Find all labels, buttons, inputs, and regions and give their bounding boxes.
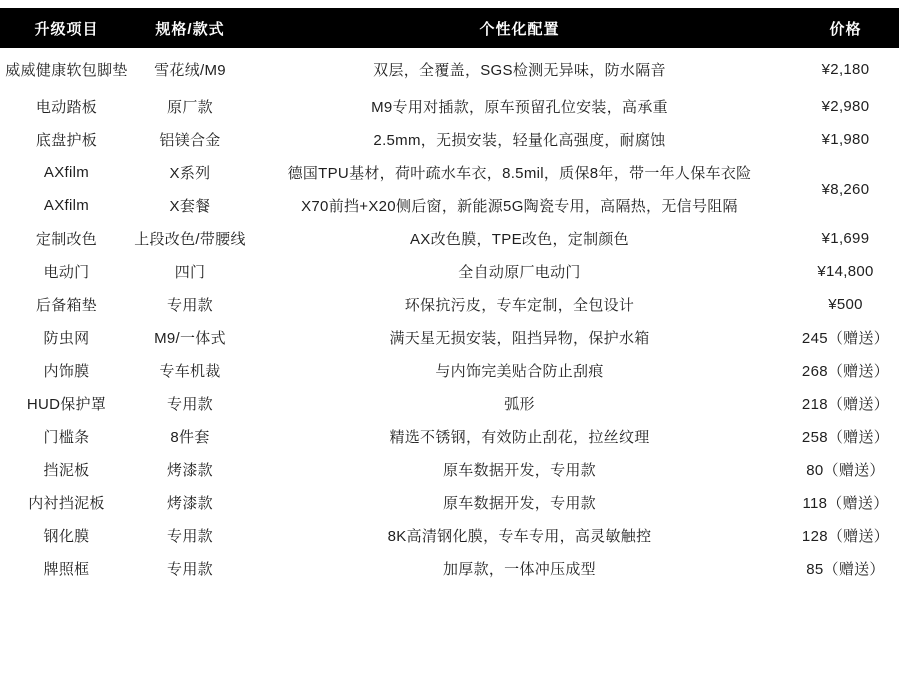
cell-price: 85（赠送） <box>792 552 899 585</box>
cell-item: 定制改色 <box>0 222 133 255</box>
table-body: 威威健康软包脚垫雪花绒/M9双层，全覆盖，SGS检测无异味，防水隔音¥2,180… <box>0 48 899 585</box>
table-row: 底盘护板铝镁合金2.5mm，无损安装，轻量化高强度，耐腐蚀¥1,980 <box>0 123 899 156</box>
cell-config: 弧形 <box>247 387 792 420</box>
cell-price: ¥8,260 <box>792 156 899 222</box>
cell-item: 钢化膜 <box>0 519 133 552</box>
cell-price: 218（赠送） <box>792 387 899 420</box>
table-row: 挡泥板烤漆款原车数据开发，专用款80（赠送） <box>0 453 899 486</box>
table-row: 钢化膜专用款8K高清钢化膜，专车专用，高灵敏触控128（赠送） <box>0 519 899 552</box>
cell-config: 德国TPU基材，荷叶疏水车衣，8.5mil，质保8年，带一年人保车衣险 <box>247 156 792 189</box>
cell-price: 118（赠送） <box>792 486 899 519</box>
cell-spec: 专用款 <box>133 552 247 585</box>
cell-config: 与内饰完美贴合防止刮痕 <box>247 354 792 387</box>
cell-spec: 雪花绒/M9 <box>133 48 247 90</box>
cell-config: 8K高清钢化膜，专车专用，高灵敏触控 <box>247 519 792 552</box>
cell-config: 全自动原厂电动门 <box>247 255 792 288</box>
cell-item: 威威健康软包脚垫 <box>0 48 133 90</box>
cell-spec: 烤漆款 <box>133 486 247 519</box>
table-row: AXfilmX套餐X70前挡+X20侧后窗，新能源5G陶瓷专用，高隔热，无信号阻… <box>0 189 899 222</box>
cell-price: ¥14,800 <box>792 255 899 288</box>
table-row: 内饰膜专车机裁与内饰完美贴合防止刮痕268（赠送） <box>0 354 899 387</box>
cell-price: ¥1,699 <box>792 222 899 255</box>
cell-spec: 烤漆款 <box>133 453 247 486</box>
cell-config: X70前挡+X20侧后窗，新能源5G陶瓷专用，高隔热，无信号阻隔 <box>247 189 792 222</box>
cell-config: 双层，全覆盖，SGS检测无异味，防水隔音 <box>247 48 792 90</box>
cell-item: 电动踏板 <box>0 90 133 123</box>
cell-spec: 专用款 <box>133 519 247 552</box>
table-row: HUD保护罩专用款弧形218（赠送） <box>0 387 899 420</box>
cell-config: 加厚款，一体冲压成型 <box>247 552 792 585</box>
cell-item: 底盘护板 <box>0 123 133 156</box>
header-row: 升级项目 规格/款式 个性化配置 价格 <box>0 8 899 48</box>
cell-config: 原车数据开发，专用款 <box>247 486 792 519</box>
upgrade-price-table: 升级项目 规格/款式 个性化配置 价格 威威健康软包脚垫雪花绒/M9双层，全覆盖… <box>0 8 899 585</box>
table-row: 内衬挡泥板烤漆款原车数据开发，专用款118（赠送） <box>0 486 899 519</box>
cell-config: 2.5mm，无损安装，轻量化高强度，耐腐蚀 <box>247 123 792 156</box>
header-custom-config: 个性化配置 <box>247 8 792 48</box>
cell-spec: 专用款 <box>133 288 247 321</box>
table-row: 门槛条8件套精选不锈钢，有效防止刮花，拉丝纹理258（赠送） <box>0 420 899 453</box>
table-row: 定制改色上段改色/带腰线AX改色膜，TPE改色，定制颜色¥1,699 <box>0 222 899 255</box>
cell-item: 防虫网 <box>0 321 133 354</box>
cell-config: AX改色膜，TPE改色，定制颜色 <box>247 222 792 255</box>
cell-item: 挡泥板 <box>0 453 133 486</box>
table-header: 升级项目 规格/款式 个性化配置 价格 <box>0 8 899 48</box>
cell-spec: M9/一体式 <box>133 321 247 354</box>
table-row: 电动门四门全自动原厂电动门¥14,800 <box>0 255 899 288</box>
table-row: 威威健康软包脚垫雪花绒/M9双层，全覆盖，SGS检测无异味，防水隔音¥2,180 <box>0 48 899 90</box>
header-upgrade-item: 升级项目 <box>0 8 133 48</box>
table-row: 牌照框专用款加厚款，一体冲压成型85（赠送） <box>0 552 899 585</box>
cell-spec: 专用款 <box>133 387 247 420</box>
cell-config: 满天星无损安装，阻挡异物，保护水箱 <box>247 321 792 354</box>
cell-item: HUD保护罩 <box>0 387 133 420</box>
page: 升级项目 规格/款式 个性化配置 价格 威威健康软包脚垫雪花绒/M9双层，全覆盖… <box>0 0 899 585</box>
cell-spec: 上段改色/带腰线 <box>133 222 247 255</box>
table-row: 电动踏板原厂款M9专用对插款，原车预留孔位安装，高承重¥2,980 <box>0 90 899 123</box>
cell-item: 内衬挡泥板 <box>0 486 133 519</box>
cell-config: M9专用对插款，原车预留孔位安装，高承重 <box>247 90 792 123</box>
cell-spec: 四门 <box>133 255 247 288</box>
cell-item: 牌照框 <box>0 552 133 585</box>
header-price: 价格 <box>792 8 899 48</box>
cell-spec: 铝镁合金 <box>133 123 247 156</box>
cell-config: 环保抗污皮，专车定制，全包设计 <box>247 288 792 321</box>
cell-price: ¥1,980 <box>792 123 899 156</box>
cell-config: 精选不锈钢，有效防止刮花，拉丝纹理 <box>247 420 792 453</box>
cell-price: ¥2,180 <box>792 48 899 90</box>
cell-spec: X套餐 <box>133 189 247 222</box>
cell-price: 245（赠送） <box>792 321 899 354</box>
cell-price: 128（赠送） <box>792 519 899 552</box>
cell-spec: 8件套 <box>133 420 247 453</box>
cell-item: 电动门 <box>0 255 133 288</box>
header-spec-style: 规格/款式 <box>133 8 247 48</box>
table-row: 防虫网M9/一体式满天星无损安装，阻挡异物，保护水箱245（赠送） <box>0 321 899 354</box>
table-row: AXfilmX系列德国TPU基材，荷叶疏水车衣，8.5mil，质保8年，带一年人… <box>0 156 899 189</box>
cell-item: 内饰膜 <box>0 354 133 387</box>
cell-spec: 原厂款 <box>133 90 247 123</box>
cell-item: 门槛条 <box>0 420 133 453</box>
cell-item: 后备箱垫 <box>0 288 133 321</box>
cell-price: 268（赠送） <box>792 354 899 387</box>
cell-spec: 专车机裁 <box>133 354 247 387</box>
cell-item: AXfilm <box>0 156 133 189</box>
cell-price: 80（赠送） <box>792 453 899 486</box>
cell-price: ¥2,980 <box>792 90 899 123</box>
table-row: 后备箱垫专用款环保抗污皮，专车定制，全包设计¥500 <box>0 288 899 321</box>
cell-price: 258（赠送） <box>792 420 899 453</box>
cell-price: ¥500 <box>792 288 899 321</box>
cell-item: AXfilm <box>0 189 133 222</box>
cell-spec: X系列 <box>133 156 247 189</box>
cell-config: 原车数据开发，专用款 <box>247 453 792 486</box>
